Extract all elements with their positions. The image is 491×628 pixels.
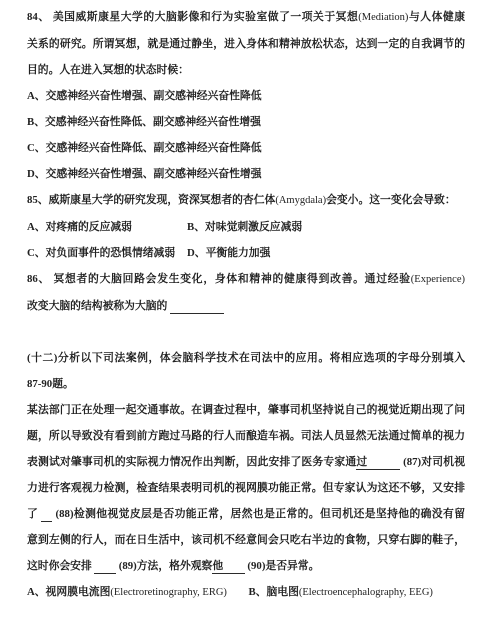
section-12-instruction-line-1: (十二)分析以下司法案例，体会脑科学技术在司法中的应用。将相应选项的字母分别填入 [27, 345, 465, 371]
text-segment: 这时你会安排 [27, 560, 94, 572]
text-segment: 与人体健康 [408, 11, 465, 23]
q84-option-c: C、交感神经兴奋性降低、副交感神经兴奋性降低 [27, 135, 465, 161]
q86-stem-line-1: 86、 冥想者的大脑回路会发生变化，身体和精神的健康得到改善。通过经验(Expe… [27, 266, 465, 293]
case-passage-line-7: 这时你会安排 (89)方法，格外观察他 (90)是否异常。 [27, 553, 465, 579]
blank-q86 [170, 300, 224, 314]
section-12-instructions: (十二)分析以下司法案例，体会脑科学技术在司法中的应用。将相应选项的字母分别填入… [27, 345, 465, 397]
text-segment: 改变大脑的结构被称为大脑的 [27, 300, 170, 312]
text-segment: (十二)分析以下司法案例，体会脑科学技术在司法中的应用。将相应选项的字母分别填入 [27, 352, 465, 364]
q84-option-d: D、交感神经兴奋性增强、副交感神经兴奋性增强 [27, 161, 465, 187]
q84-stem-line-1: 84、 美国威斯康星大学的大脑影像和行为实验室做了一项关于冥想(Mediatio… [27, 4, 465, 31]
text-segment: 87-90题。 [27, 378, 74, 390]
option-a-label: A、视网膜电流图 [27, 586, 110, 598]
text-segment: 某法部门正在处理一起交通事故。在调查过程中，肇事司机坚持说自己的视觉近期出现了问 [27, 404, 465, 416]
blank-88 [41, 508, 52, 522]
q86-stem-line-2: 改变大脑的结构被称为大脑的 [27, 293, 465, 319]
case-passage-line-4: 力进行客观视力检测，检查结果表明司机的视网膜功能正常。但专家认为这还不够，又安排 [27, 475, 465, 501]
q85-option-b: B、对味觉刺激反应减弱 [187, 214, 465, 240]
option-b-term: (Electroencephalography, EEG) [299, 587, 433, 598]
q85-option-c: C、对负面事件的恐惧情绪减弱 [27, 240, 187, 266]
option-a-term: (Electroretinography, ERG) [110, 587, 227, 598]
q84-option-b: B、交感神经兴奋性降低、副交感神经兴奋性增强 [27, 109, 465, 135]
text-segment: B、对味觉刺激反应减弱 [187, 221, 302, 233]
option-b-label: B、脑电图 [249, 586, 299, 598]
text-segment: A、对疼痛的反应减弱 [27, 221, 132, 233]
text-segment: 84、 美国威斯康星大学的大脑影像和行为实验室做了一项关于冥想 [27, 11, 358, 23]
text-segment: 意到左侧的行人，而在日生活中，该司机不经意间会只吃右半边的食物，只穿右脚的鞋子， [27, 534, 465, 546]
text-segment: 了 [27, 508, 41, 520]
text-segment: 86、 冥想者的大脑回路会发生变化，身体和精神的健康得到改善。通过经验 [27, 273, 411, 285]
option-gap [227, 586, 249, 598]
text-segment: B、交感神经兴奋性降低、副交感神经兴奋性增强 [27, 116, 261, 128]
text-segment: (Mediation) [358, 12, 408, 23]
text-segment: C、交感神经兴奋性降低、副交感神经兴奋性降低 [27, 142, 262, 154]
case-passage-line-3: 表测试对肇事司机的实际视力情况作出判断，因此安排了医务专家通过 (87)对司机视 [27, 449, 465, 475]
blank-87: 过 [356, 456, 400, 470]
case-passage-line-5: 了 (88)检测他视觉皮层是否功能正常，居然也是正常的。但司机还是坚持他的确没有… [27, 501, 465, 527]
section-12-instruction-line-2: 87-90题。 [27, 371, 465, 397]
text-segment: (88)检测他视觉皮层是否功能正常，居然也是正常的。但司机还是坚持他的确没有留 [52, 508, 465, 520]
text-segment: 目的。人在进入冥想的状态时候： [27, 64, 189, 76]
case-passage-line-2: 题，所以导致没有看到前方跑过马路的行人而酿造车祸。司法人员显然无法通过简单的视力 [27, 423, 465, 449]
options-87-90-line: A、视网膜电流图(Electroretinography, ERG) B、脑电图… [27, 579, 465, 606]
text-segment: A、交感神经兴奋性增强、副交感神经兴奋性降低 [27, 90, 262, 102]
text-segment: 题，所以导致没有看到前方跑过马路的行人而酿造车祸。司法人员显然无法通过简单的视力 [27, 430, 465, 442]
text-segment: (Experience) [411, 274, 465, 285]
q85-options-grid: A、对疼痛的反应减弱 B、对味觉刺激反应减弱 C、对负面事件的恐惧情绪减弱 D、… [27, 214, 465, 266]
q85-option-d: D、平衡能力加强 [187, 240, 465, 266]
case-passage: 某法部门正在处理一起交通事故。在调查过程中，肇事司机坚持说自己的视觉近期出现了问… [27, 397, 465, 579]
q84-option-a: A、交感神经兴奋性增强、副交感神经兴奋性降低 [27, 83, 465, 109]
text-segment: (89)方法，格外观察 [116, 560, 212, 572]
text-segment: (87)对司机视 [400, 456, 465, 468]
case-passage-line-1: 某法部门正在处理一起交通事故。在调查过程中，肇事司机坚持说自己的视觉近期出现了问 [27, 397, 465, 423]
question-86: 86、 冥想者的大脑回路会发生变化，身体和精神的健康得到改善。通过经验(Expe… [27, 266, 465, 319]
q85-option-a: A、对疼痛的反应减弱 [27, 214, 187, 240]
blank-89 [94, 560, 116, 574]
text-segment: 会变小。这一变化会导致： [326, 194, 456, 206]
text-segment: D、交感神经兴奋性增强、副交感神经兴奋性增强 [27, 168, 262, 180]
blank-90: 他 [212, 560, 244, 574]
question-84: 84、 美国威斯康星大学的大脑影像和行为实验室做了一项关于冥想(Mediatio… [27, 4, 465, 187]
text-segment: 表测试对肇事司机的实际视力情况作出判断，因此安排了医务专家通 [27, 456, 356, 468]
case-passage-line-6: 意到左侧的行人，而在日生活中，该司机不经意间会只吃右半边的食物，只穿右脚的鞋子， [27, 527, 465, 553]
q85-stem: 85、威斯康星大学的研究发现，资深冥想者的杏仁体(Amygdala)会变小。这一… [27, 187, 465, 214]
q84-stem-line-2: 关系的研究。所谓冥想，就是通过静坐，进入身体和精神放松状态，达到一定的自我调节的 [27, 31, 465, 57]
text-segment: C、对负面事件的恐惧情绪减弱 [27, 247, 175, 259]
text-segment: 85、威斯康星大学的研究发现，资深冥想者的杏仁体 [27, 194, 275, 206]
text-segment: 关系的研究。所谓冥想，就是通过静坐，进入身体和精神放松状态，达到一定的自我调节的 [27, 38, 465, 50]
text-segment: (90)是否异常。 [245, 560, 320, 572]
text-segment: D、平衡能力加强 [187, 247, 270, 259]
question-85: 85、威斯康星大学的研究发现，资深冥想者的杏仁体(Amygdala)会变小。这一… [27, 187, 465, 266]
q84-stem-line-3: 目的。人在进入冥想的状态时候： [27, 57, 465, 83]
text-segment: (Amygdala) [275, 195, 326, 206]
text-segment: 力进行客观视力检测，检查结果表明司机的视网膜功能正常。但专家认为这还不够，又安排 [27, 482, 465, 494]
exam-page: 84、 美国威斯康星大学的大脑影像和行为实验室做了一项关于冥想(Mediatio… [0, 0, 491, 606]
